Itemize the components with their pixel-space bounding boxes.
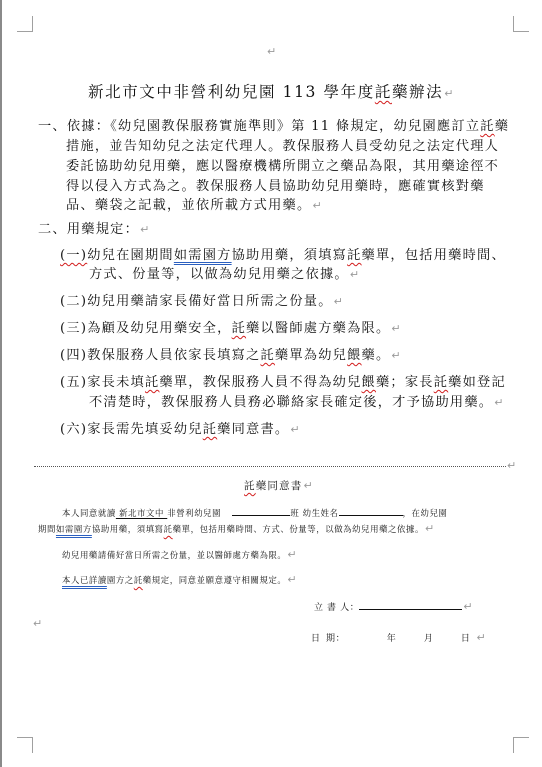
spellcheck-flag: 託 [434,375,448,390]
consent-line-4[interactable]: 本人已詳讀園方之託藥規定，同意並願意遵守相關規定。↵ [62,573,297,586]
paragraph-mark-icon: ↵ [391,349,401,362]
paragraph-mark-icon: ↵ [33,617,42,630]
year-label: 年 [387,634,397,644]
paragraph-mark-icon: ↵ [425,522,435,535]
school-name-field: 新北市文中 [116,508,167,518]
grammar-flag: 如需園方 [56,524,92,534]
child-name-blank[interactable] [339,507,403,516]
section-1-line: 措施，並告知幼兒之法定代理人。教保服務人員受幼兒之法定代理人 [66,137,499,157]
rule-item-line: (一)幼兒在園期間如需園方協助用藥，須填寫託藥單，包括用藥時間、 [60,246,506,266]
paragraph-mark-icon: ↵ [140,223,150,236]
crop-mark-bottom-left [17,737,33,753]
item-label: (五) [60,375,87,390]
spellcheck-flag: 託 [347,248,361,263]
rule-item-line: 方式、份量等，以做為幼兒用藥之依據。↵ [89,265,360,285]
item-label: (二) [60,294,87,309]
paragraph-mark-icon: ↵ [267,45,276,58]
consent-line-2[interactable]: 期間如需園方協助用藥，須填寫託藥單，包括用藥時間、方式、份量等，以做為幼兒用藥之… [38,522,435,535]
rule-item-6[interactable]: (六)家長需先填妥幼兒託藥同意書。↵ [60,420,301,440]
spellcheck-flag: 餵 [347,348,361,363]
spellcheck-flag: 託 [244,480,256,492]
crop-mark-top-right [513,16,529,32]
section-2-heading[interactable]: 二、用藥規定：↵ [38,220,151,240]
signer-label: 立 書 人： [314,603,359,613]
grammar-flag: 如需園方 [174,248,232,263]
section-1-line: 委託協助幼兒用藥，應以醫療機構所開立之藥品為限，其用藥途徑不 [66,157,499,177]
section-1-line: 一、依據：《幼兒園教保服務實施準則》第 11 條規定，幼兒園應訂立託藥 [38,117,509,137]
spellcheck-flag: 託 [134,575,143,585]
spellcheck-flag: 託 [232,321,246,336]
consent-line-3[interactable]: 幼兒用藥請備好當日所需之份量，並以醫師處方藥為限。↵ [62,548,297,561]
class-name-blank[interactable] [232,507,290,516]
section-1-line: 品、藥袋之記載，並依所載方式用藥。↵ [66,196,323,216]
spellcheck-flag: 託 [164,524,173,534]
consent-line-1[interactable]: 本人同意就讀 新北市文中 非營利幼兒園 班 幼生姓名，在幼兒園 [62,507,447,519]
document-title[interactable]: 新北市文中非營利幼兒園 113 學年度託藥辦法↵ [88,80,455,102]
rule-item-line: 不清楚時，教保服務人員務必聯絡家長確定後，才予協助用藥。↵ [89,393,505,413]
consent-form-title[interactable]: 託藥同意書↵ [244,478,314,493]
dotted-cut-line [34,466,506,467]
paragraph-mark-icon: ↵ [287,573,297,586]
spellcheck-flag: 餵 [362,375,376,390]
item-label: (四) [60,348,87,363]
spellcheck-flag: 託 [375,83,392,101]
empty-paragraph[interactable]: ↵ [266,40,276,59]
crop-mark-top-left [17,16,33,32]
paragraph-mark-icon: ↵ [391,322,401,335]
rule-item-4[interactable]: (四)教保服務人員依家長填寫之託藥單為幼兒餵藥。↵ [60,346,402,366]
rule-item-2[interactable]: (二)幼兒用藥請家長備好當日所需之份量。↵ [60,292,344,312]
paragraph-mark-icon: ↵ [290,423,300,436]
paragraph-mark-icon: ↵ [494,396,504,409]
spellcheck-flag: 託 [145,375,159,390]
paragraph-mark-icon: ↵ [334,295,344,308]
paragraph-mark-icon: ↵ [350,268,360,281]
paragraph-mark-icon: ↵ [304,479,314,492]
grammar-flag: 本人已詳讀 [62,575,107,585]
rule-item-line: (五)家長未填託藥單，教保服務人員不得為幼兒餵藥；家長託藥如登記 [60,373,506,393]
paragraph-mark-icon: ↵ [287,548,297,561]
spellcheck-flag: 託 [480,119,494,134]
month-label: 月 [424,634,434,644]
item-label: (三) [60,321,87,336]
signer-row[interactable]: 立 書 人：↵ [314,600,473,613]
item-label: (一) [60,248,87,263]
spellcheck-flag: 託 [203,422,217,437]
day-label: 日 [461,634,471,644]
paragraph-mark-icon: ↵ [463,600,473,613]
paragraph-mark-icon: ↵ [444,87,455,100]
page-left-edge [0,0,2,767]
item-label: (六) [60,422,87,437]
paragraph-mark-icon: ↵ [507,459,516,472]
paragraph-mark-icon: ↵ [312,199,322,212]
date-row[interactable]: 日 期： 年 月 日↵ [311,631,486,644]
date-label: 日 期： [311,634,345,644]
rule-item-3[interactable]: (三)為顧及幼兒用藥安全，託藥以醫師處方藥為限。↵ [60,319,402,339]
section-1-line: 得以侵入方式為之。教保服務人員協助幼兒用藥時，應確實核對藥 [66,177,485,197]
signer-signature-line[interactable] [359,600,462,610]
paragraph-mark-icon: ↵ [477,631,487,644]
crop-mark-bottom-right [513,737,529,753]
spellcheck-flag: 託 [260,348,274,363]
